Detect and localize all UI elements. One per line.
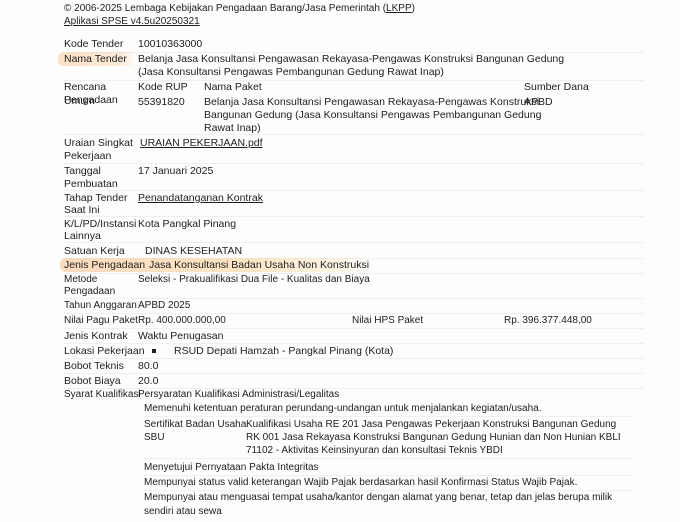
row-lokasi-pekerjaan: Lokasi Pekerjaan RSUD Depati Hamzah - Pa… (64, 344, 644, 359)
value-tanggal: 17 Januari 2025 (138, 164, 213, 178)
row-instansi: K/L/PD/Instansi Lainnya Kota Pangkal Pin… (64, 217, 644, 243)
row-kode-tender: Kode Tender 10010363000 (64, 37, 644, 53)
row-tanggal-pembuatan: Tanggal Pembuatan 17 Januari 2025 (64, 164, 644, 191)
label-nilai-hps: Nilai HPS Paket (352, 314, 423, 328)
value-instansi: Kota Pangkal Pinang (138, 217, 236, 231)
row-rencana-umum-pengadaan: Rencana Umum Pengadaan Kode RUP Nama Pak… (64, 80, 644, 135)
value-satuan-kerja: DINAS KESEHATAN (145, 244, 242, 258)
label-jenis-pengadaan: Jenis Pengadaan (64, 258, 145, 272)
row-syarat-kualifikasi: Syarat Kualifikasi Persyaratan Kualifika… (64, 388, 644, 522)
value-kode-tender: 10010363000 (138, 37, 202, 51)
syarat-sbu: Sertifikat Badan Usaha SBU Kualifikasi U… (144, 418, 634, 459)
syarat-item-2: Menyetujui Pernyataan Pakta Integritas (144, 461, 634, 476)
label-jenis-kontrak: Jenis Kontrak (64, 329, 138, 343)
value-tahun-anggaran: APBD 2025 (138, 299, 190, 313)
label-rup-line2: Pengadaan (64, 93, 138, 107)
value-nama-paket-line1: Belanja Jasa Konsultansi Pengawasan Reka… (204, 95, 539, 109)
row-satuan-kerja: Satuan Kerja DINAS KESEHATAN (64, 244, 644, 259)
uraian-pdf-link[interactable]: URAIAN PEKERJAAN.pdf (140, 136, 263, 150)
value-sumber-dana: APBD (524, 95, 553, 109)
copyright-text: © 2006-2025 Lembaga Kebijakan Pengadaan … (64, 2, 415, 15)
row-metode-pengadaan: Metode Pengadaan Seleksi - Prakualifikas… (64, 273, 644, 299)
value-nama-paket-line2: Bangunan Gedung (Jasa Konsultansi Pengaw… (204, 108, 541, 122)
value-nilai-pagu: Rp. 400.000.000,00 (138, 314, 226, 328)
row-jenis-pengadaan: Jenis Pengadaan Jasa Konsultansi Badan U… (64, 258, 644, 274)
row-tahap-tender: Tahap Tender Saat Ini Penandatanganan Ko… (64, 191, 644, 217)
label-nilai-pagu: Nilai Pagu Paket (64, 314, 138, 328)
label-lokasi: Lokasi Pekerjaan (64, 344, 145, 358)
label-tanggal-line2: Pembuatan (64, 177, 138, 191)
row-nilai-pagu: Nilai Pagu Paket Rp. 400.000.000,00 Nila… (64, 314, 644, 329)
value-nilai-hps: Rp. 396.377.448,00 (504, 314, 592, 328)
value-bobot-biaya: 20.0 (138, 374, 158, 388)
syarat-item-1: Memenuhi ketentuan peraturan perundang-u… (144, 402, 634, 417)
label-tahun-anggaran: Tahun Anggaran (64, 299, 137, 313)
label-sbu-line2: SBU (144, 431, 165, 445)
value-nama-tender-line2: (Jasa Konsultansi Pengawas Pembangunan G… (138, 65, 444, 79)
lokasi-list-item: RSUD Depati Hamzah - Pangkal Pinang (Kot… (144, 344, 393, 358)
label-nama-tender: Nama Tender (58, 52, 136, 66)
row-tahun-anggaran: Tahun Anggaran APBD 2025 (64, 299, 644, 314)
value-bobot-teknis: 80.0 (138, 359, 158, 373)
label-instansi-line2: Lainnya (64, 229, 138, 243)
value-sbu-line1: Kualifikasi Usaha RE 201 Jasa Pengawas P… (246, 418, 616, 432)
lkpp-link[interactable]: LKPP (386, 3, 412, 14)
value-jenis-pengadaan: Jasa Konsultansi Badan Usaha Non Konstru… (149, 258, 369, 272)
label-bobot-biaya: Bobot Biaya (64, 374, 138, 388)
label-bobot-teknis: Bobot Teknis (64, 359, 138, 373)
syarat-item-4: Mempunyai atau menguasai tempat usaha/ka… (144, 491, 644, 519)
label-uraian-line1: Uraian Singkat (64, 136, 138, 150)
label-tanggal-line1: Tanggal (64, 164, 138, 178)
label-syarat-kualifikasi: Syarat Kualifikasi (64, 388, 141, 402)
label-kode-tender: Kode Tender (64, 37, 138, 51)
value-sbu-line3: 71102 - Aktivitas Keinsinyuran dan konsu… (246, 444, 503, 458)
value-metode: Seleksi - Prakualifikasi Dua File - Kual… (138, 273, 370, 287)
value-nama-tender-line1: Belanja Jasa Konsultansi Pengawasan Reka… (138, 52, 564, 66)
row-nama-tender: Nama Tender Belanja Jasa Konsultansi Pen… (64, 52, 644, 81)
col-kode-rup: Kode RUP (138, 80, 188, 94)
syarat-item-3: Mempunyai status valid keterangan Wajib … (144, 476, 634, 491)
syarat-title: Persyaratan Kualifikasi Administrasi/Leg… (138, 388, 339, 402)
label-tahap-line2: Saat Ini (64, 203, 138, 217)
label-sbu-line1: Sertifikat Badan Usaha (144, 418, 246, 432)
row-jenis-kontrak: Jenis Kontrak Waktu Penugasan (64, 329, 644, 344)
value-kode-rup: 55391820 (138, 95, 185, 109)
row-bobot-teknis: Bobot Teknis 80.0 (64, 359, 644, 374)
value-sbu-line2: RK 001 Jasa Rekayasa Konstruksi Bangunan… (246, 431, 621, 445)
value-jenis-kontrak: Waktu Penugasan (138, 329, 223, 343)
label-satuan-kerja: Satuan Kerja (64, 244, 138, 258)
value-lokasi: RSUD Depati Hamzah - Pangkal Pinang (Kot… (174, 345, 393, 357)
col-nama-paket: Nama Paket (204, 80, 262, 94)
app-version-link[interactable]: Aplikasi SPSE v4.5u20250321 (64, 16, 200, 27)
tahap-tender-link[interactable]: Penandatanganan Kontrak (138, 191, 263, 205)
page-footer-header: © 2006-2025 Lembaga Kebijakan Pengadaan … (64, 2, 415, 28)
row-uraian-singkat: Uraian Singkat Pekerjaan URAIAN PEKERJAA… (64, 136, 644, 164)
col-sumber-dana: Sumber Dana (524, 80, 589, 94)
label-uraian-line2: Pekerjaan (64, 149, 138, 163)
row-bobot-biaya: Bobot Biaya 20.0 (64, 374, 644, 389)
label-metode-line2: Pengadaan (64, 285, 138, 299)
value-nama-paket-line3: Rawat Inap) (204, 121, 261, 135)
bullet-icon (152, 349, 156, 353)
